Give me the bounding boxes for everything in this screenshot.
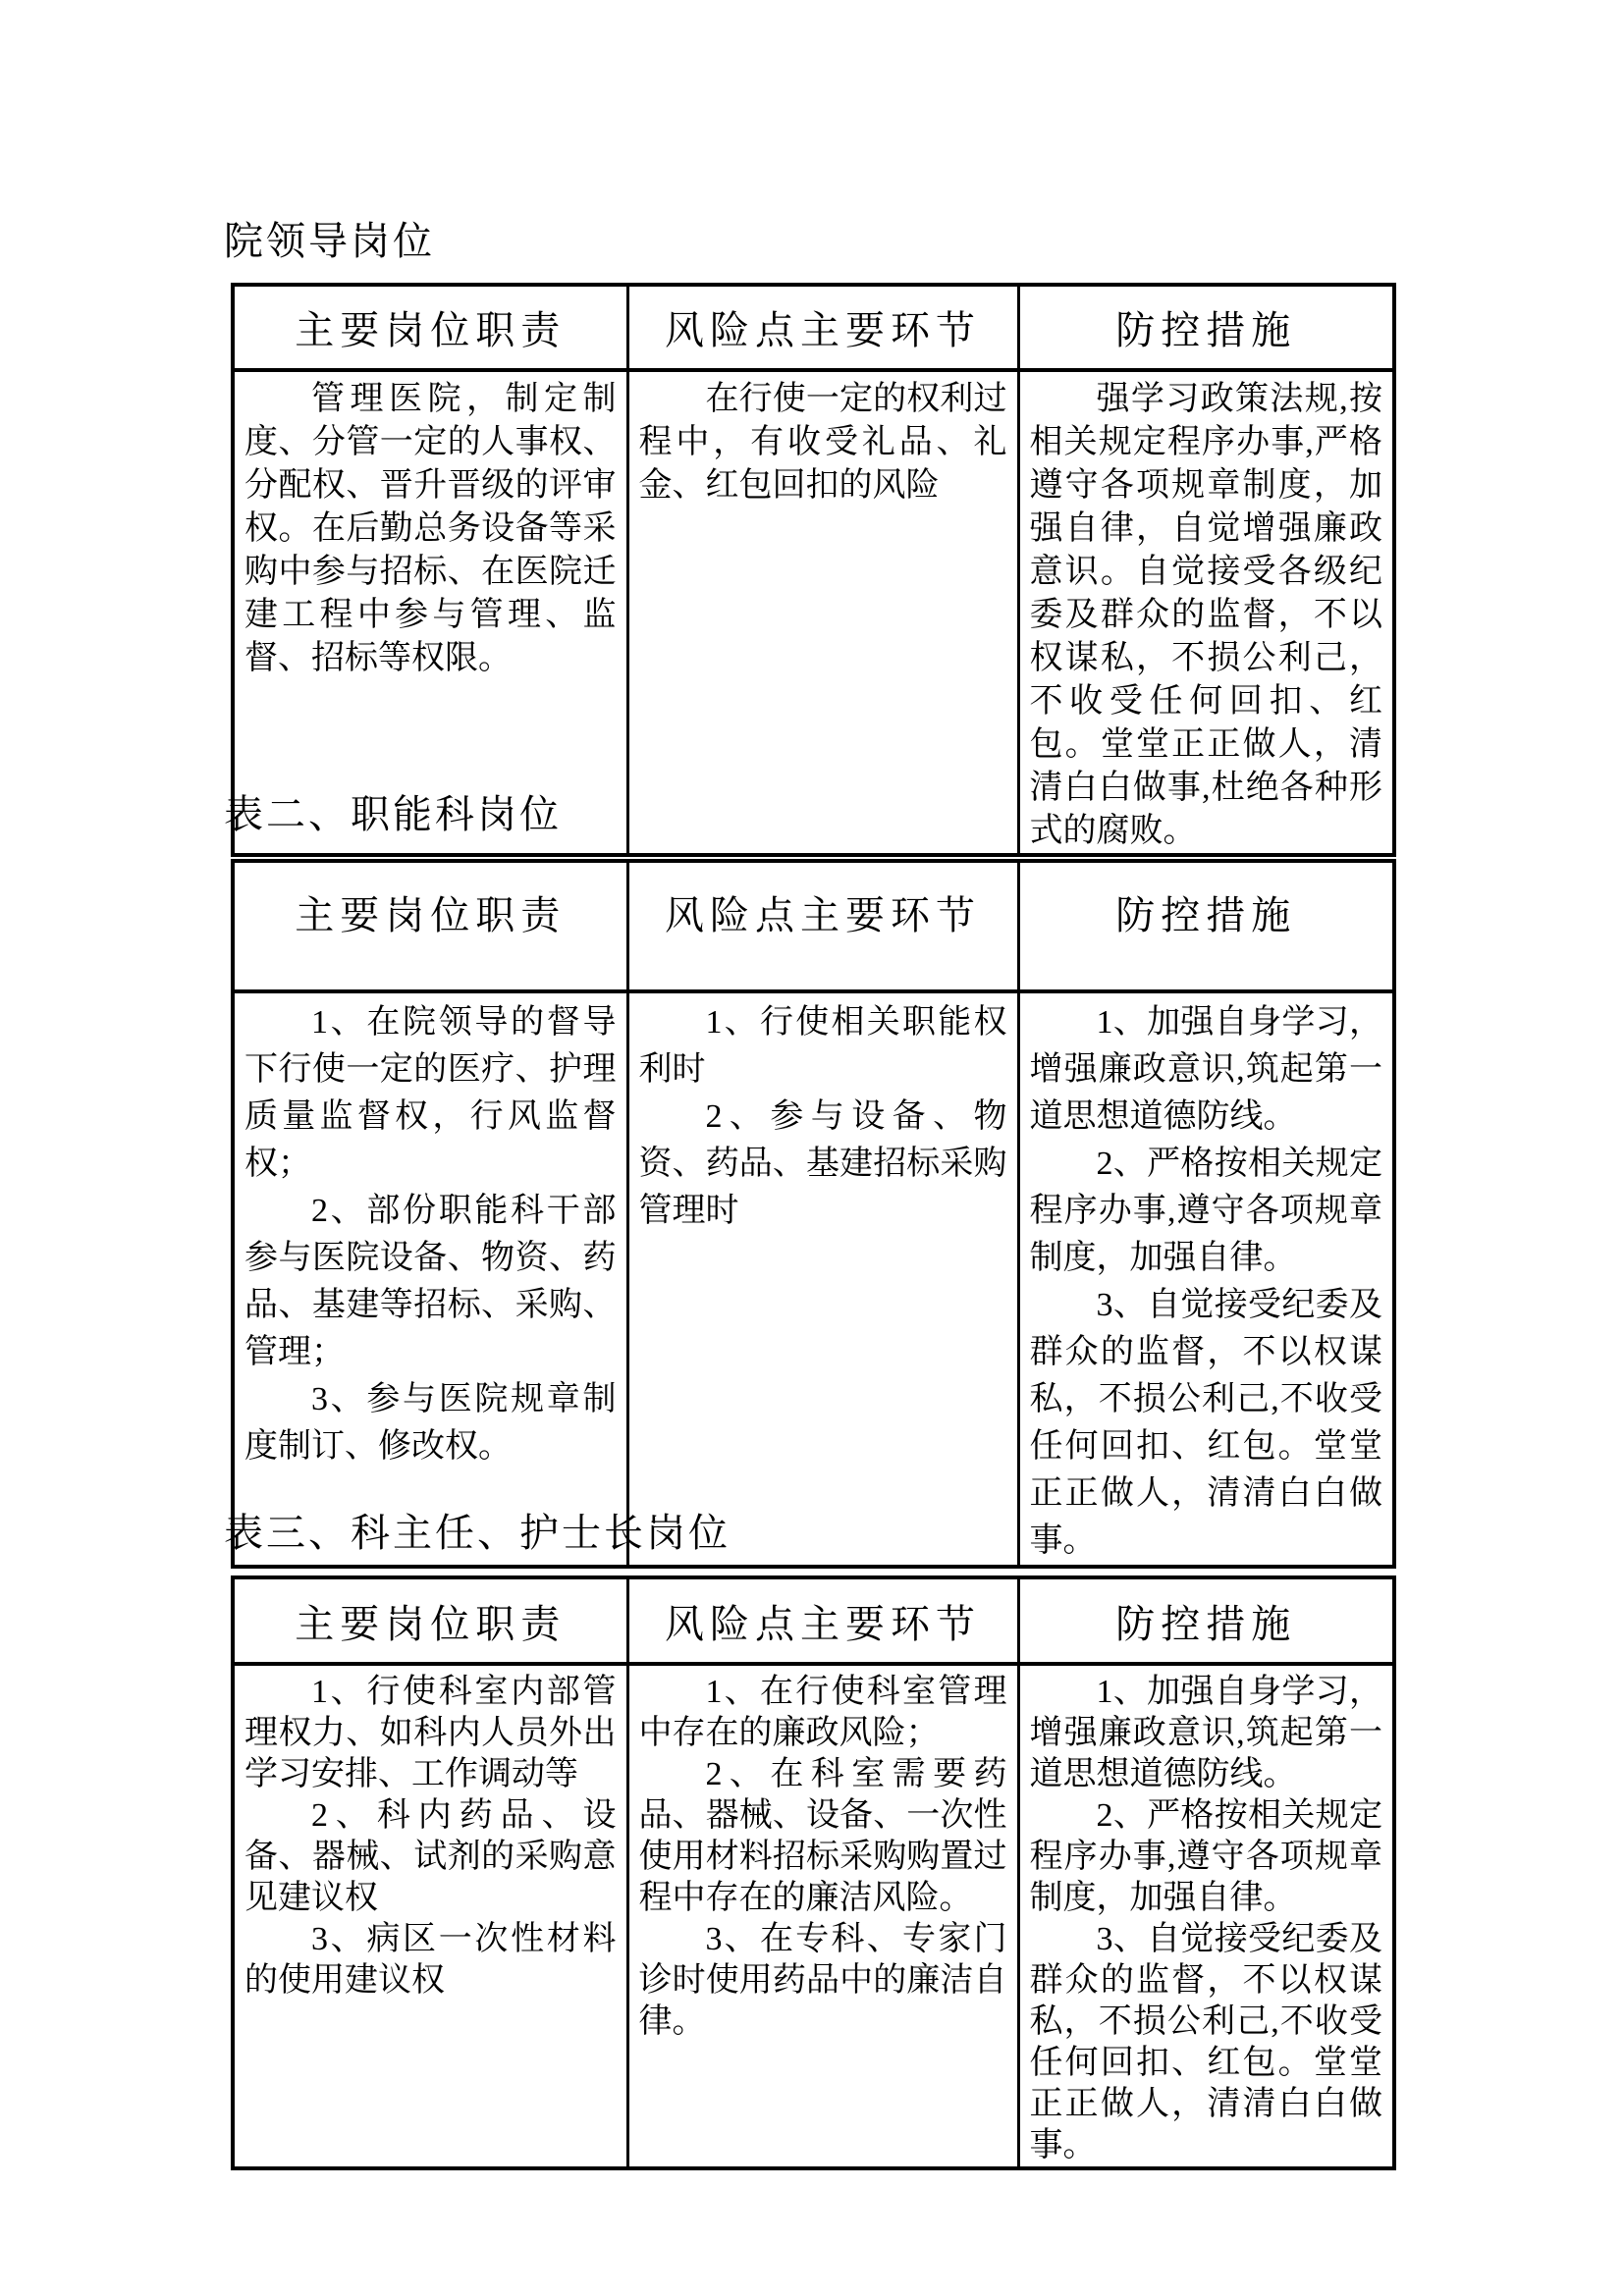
section-heading-dept-director-head-nurse: 表三、科主任、护士长岗位 xyxy=(224,1510,731,1557)
paragraph: 2、在科室需要药品、器械、设备、一次性使用材料招标采购购置过程中存在的廉洁风险。 xyxy=(639,1754,1007,1919)
column-header-duties: 主要岗位职责 xyxy=(233,285,627,370)
paragraph: 在行使一定的权利过程中，有收受礼品、礼金、红包回扣的风险 xyxy=(639,378,1007,507)
paragraph: 2、严格按相关规定程序办事,遵守各项规章制度，加强自律。 xyxy=(1030,1141,1383,1282)
duties-cell: 1、行使科室内部管理权力、如科内人员外出学习安排、工作调动等 2、科内药品、设备… xyxy=(233,1664,627,2168)
table-body-row: 1、行使科室内部管理权力、如科内人员外出学习安排、工作调动等 2、科内药品、设备… xyxy=(233,1664,1394,2168)
column-header-prevention: 防控措施 xyxy=(1018,861,1394,991)
column-header-prevention: 防控措施 xyxy=(1018,285,1394,370)
risk-points-cell: 1、行使相关职能权利时 2、参与设备、物资、药品、基建招标采购管理时 xyxy=(627,991,1018,1567)
paragraph: 3、参与医院规章制度制订、修改权。 xyxy=(244,1376,617,1470)
paragraph: 1、行使相关职能权利时 xyxy=(639,999,1007,1094)
risk-points-cell: 在行使一定的权利过程中，有收受礼品、礼金、红包回扣的风险 xyxy=(627,370,1018,855)
table-header-row: 主要岗位职责 风险点主要环节 防控措施 xyxy=(233,1577,1394,1664)
column-header-risk-points: 风险点主要环节 xyxy=(627,861,1018,991)
paragraph: 1、加强自身学习，增强廉政意识,筑起第一道思想道德防线。 xyxy=(1030,1672,1383,1795)
prevention-cell: 强学习政策法规,按相关规定程序办事,严格遵守各项规章制度，加强自律，自觉增强廉政… xyxy=(1018,370,1394,855)
table-header-row: 主要岗位职责 风险点主要环节 防控措施 xyxy=(233,861,1394,991)
paragraph: 强学习政策法规,按相关规定程序办事,严格遵守各项规章制度，加强自律，自觉增强廉政… xyxy=(1030,378,1383,853)
column-header-duties: 主要岗位职责 xyxy=(233,1577,627,1664)
table-body-row: 1、在院领导的督导下行使一定的医疗、护理质量监督权，行风监督权； 2、部份职能科… xyxy=(233,991,1394,1567)
column-header-risk-points: 风险点主要环节 xyxy=(627,1577,1018,1664)
section-heading-leadership: 院领导岗位 xyxy=(224,218,435,265)
prevention-cell: 1、加强自身学习，增强廉政意识,筑起第一道思想道德防线。 2、严格按相关规定程序… xyxy=(1018,991,1394,1567)
paragraph: 2、科内药品、设备、器械、试剂的采购意见建议权 xyxy=(244,1795,617,1919)
paragraph: 2、参与设备、物资、药品、基建招标采购管理时 xyxy=(639,1094,1007,1235)
paragraph: 1、行使科室内部管理权力、如科内人员外出学习安排、工作调动等 xyxy=(244,1672,617,1795)
paragraph: 3、在专科、专家门诊时使用药品中的廉洁自律。 xyxy=(639,1919,1007,2043)
column-header-prevention: 防控措施 xyxy=(1018,1577,1394,1664)
risk-table-functional-dept: 主要岗位职责 风险点主要环节 防控措施 1、在院领导的督导下行使一定的医疗、护理… xyxy=(231,859,1396,1569)
column-header-duties: 主要岗位职责 xyxy=(233,861,627,991)
risk-points-cell: 1、在行使科室管理中存在的廉政风险； 2、在科室需要药品、器械、设备、一次性使用… xyxy=(627,1664,1018,2168)
paragraph: 3、自觉接受纪委及群众的监督，不以权谋私，不损公利己,不收受任何回扣、红包。堂堂… xyxy=(1030,1919,1383,2166)
section-heading-functional-dept: 表二、职能科岗位 xyxy=(224,791,562,838)
duties-cell: 管理医院，制定制度、分管一定的人事权、分配权、晋升晋级的评审权。在后勤总务设备等… xyxy=(233,370,627,855)
table-header-row: 主要岗位职责 风险点主要环节 防控措施 xyxy=(233,285,1394,370)
prevention-cell: 1、加强自身学习，增强廉政意识,筑起第一道思想道德防线。 2、严格按相关规定程序… xyxy=(1018,1664,1394,2168)
paragraph: 3、病区一次性材料的使用建议权 xyxy=(244,1919,617,2002)
paragraph: 1、加强自身学习，增强廉政意识,筑起第一道思想道德防线。 xyxy=(1030,999,1383,1141)
table-body-row: 管理医院，制定制度、分管一定的人事权、分配权、晋升晋级的评审权。在后勤总务设备等… xyxy=(233,370,1394,855)
duties-cell: 1、在院领导的督导下行使一定的医疗、护理质量监督权，行风监督权； 2、部份职能科… xyxy=(233,991,627,1567)
paragraph: 2、部份职能科干部参与医院设备、物资、药品、基建等招标、采购、管理； xyxy=(244,1188,617,1376)
paragraph: 2、严格按相关规定程序办事,遵守各项规章制度，加强自律。 xyxy=(1030,1795,1383,1919)
paragraph: 管理医院，制定制度、分管一定的人事权、分配权、晋升晋级的评审权。在后勤总务设备等… xyxy=(244,378,617,680)
document-page: 院领导岗位 主要岗位职责 风险点主要环节 防控措施 管理医院，制定制度、分管一定… xyxy=(0,0,1624,2296)
risk-table-leadership: 主要岗位职责 风险点主要环节 防控措施 管理医院，制定制度、分管一定的人事权、分… xyxy=(231,283,1396,857)
paragraph: 3、自觉接受纪委及群众的监督，不以权谋私，不损公利己,不收受任何回扣、红包。堂堂… xyxy=(1030,1282,1383,1565)
risk-table-dept-director-head-nurse: 主要岗位职责 风险点主要环节 防控措施 1、行使科室内部管理权力、如科内人员外出… xyxy=(231,1575,1396,2170)
paragraph: 1、在院领导的督导下行使一定的医疗、护理质量监督权，行风监督权； xyxy=(244,999,617,1188)
column-header-risk-points: 风险点主要环节 xyxy=(627,285,1018,370)
paragraph: 1、在行使科室管理中存在的廉政风险； xyxy=(639,1672,1007,1754)
